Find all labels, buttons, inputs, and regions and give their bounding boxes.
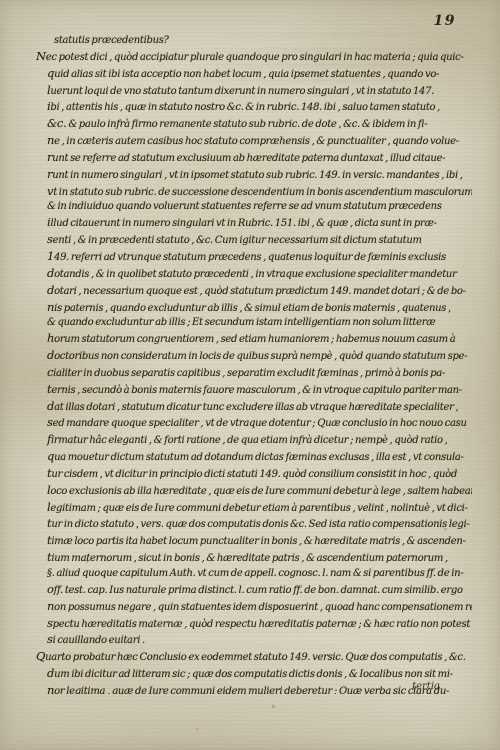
text-block: statutis præcedentibus? Nec potest dici … (36, 34, 472, 694)
paragraph: Nec potest dici , quòd accipiatur plural… (36, 49, 472, 649)
text-line: luerunt loqui de vno statuto tantum dixe… (47, 83, 472, 100)
text-line: nis paternis , quando excluduntur ab ill… (47, 300, 472, 317)
text-line: spectu hæreditatis maternæ , quòd respec… (47, 616, 472, 633)
paper-speck (272, 705, 275, 708)
text-line: cialiter in duobus separatis capitibus ,… (47, 365, 472, 382)
page-number: 19 (434, 13, 456, 29)
text-line: dum ibi dicitur ad litteram sic ; quæ do… (47, 666, 472, 683)
text-line: & quando excluduntur ab illis ; Et secun… (47, 316, 472, 331)
text-line: ternis , secundò à bonis maternis fauore… (47, 382, 472, 399)
text-line: §. aliud quoque capitulum Auth. vt cum d… (47, 567, 472, 582)
text-line: senti , & in præcedenti statuto , &c. Cu… (47, 232, 472, 249)
text-line: nor legitima , quæ de Iure communi eidem… (47, 683, 472, 694)
text-line: dotari , necessarium quoque est , quòd s… (47, 283, 472, 300)
text-line: ne , in cæteris autem casibus hoc statut… (47, 133, 472, 150)
text-line: tur cisdem , vt dicitur in principio dic… (47, 466, 472, 483)
text-line: sed mandare quoque specialiter , vt de v… (47, 415, 472, 432)
text-line: timæ loco partis ita habet locum punctua… (47, 533, 472, 550)
text-line: ibi , attentis his , quæ in statuto nost… (47, 99, 472, 116)
text-line: Nec potest dici , quòd accipiatur plural… (36, 49, 472, 66)
text-line: firmatur hâc eleganti , & forti ratione … (47, 432, 472, 449)
opening-line: statutis præcedentibus? (54, 34, 472, 49)
paragraph: Quarto probatur hæc Conclusio ex eodemme… (36, 649, 472, 694)
text-line: & in indiuiduo quando voluerunt statuent… (47, 200, 472, 215)
text-line: tium maternorum , sicut in bonis , & hær… (47, 550, 472, 567)
text-line: non possumus negare , quin statuentes id… (47, 599, 472, 616)
text-line: runt in numero singulari , vt in ipsomet… (47, 167, 472, 184)
text-line: horum statutorum congruentiorem , sed et… (47, 331, 472, 348)
text-line: tur in dicto statuto , vers. quæ dos com… (47, 516, 472, 533)
text-line: runt se referre ad statutum exclusiuum a… (47, 150, 472, 167)
text-line: 149. referri ad vtrunque statutum præced… (47, 249, 472, 266)
catchword: tertia (412, 681, 440, 692)
text-line: &c. & paulo infrà firmo remanente statut… (47, 116, 472, 133)
text-line: off. test. cap. Ius naturale prima disti… (47, 582, 472, 599)
text-line: vt in statuto sub rubric. de successione… (47, 184, 472, 201)
text-line: legitimam ; quæ eis de Iure communi debe… (47, 500, 472, 517)
text-line: qua mouetur dictum statutum ad dotandum … (47, 449, 472, 466)
text-line: dat illas dotari , statutum dicatur tunc… (47, 399, 472, 416)
text-line: Quarto probatur hæc Conclusio ex eodemme… (36, 649, 472, 666)
text-line: quid alias sit ibi ista acceptio non hab… (47, 66, 472, 83)
paper-speck (196, 728, 198, 730)
body-text: Nec potest dici , quòd accipiatur plural… (36, 49, 472, 694)
book-page: 19 statutis præcedentibus? Nec potest di… (0, 0, 500, 750)
text-line: doctoribus non consideratum in locis de … (47, 348, 472, 365)
text-line: dotandis , & in quolibet statuto præcede… (47, 266, 472, 283)
text-line: illud citauerunt in numero singulari vt … (47, 215, 472, 232)
text-line: si cauillando euitari . (47, 632, 472, 649)
text-line: loco exclusionis ab illa hæreditate , qu… (47, 483, 472, 500)
